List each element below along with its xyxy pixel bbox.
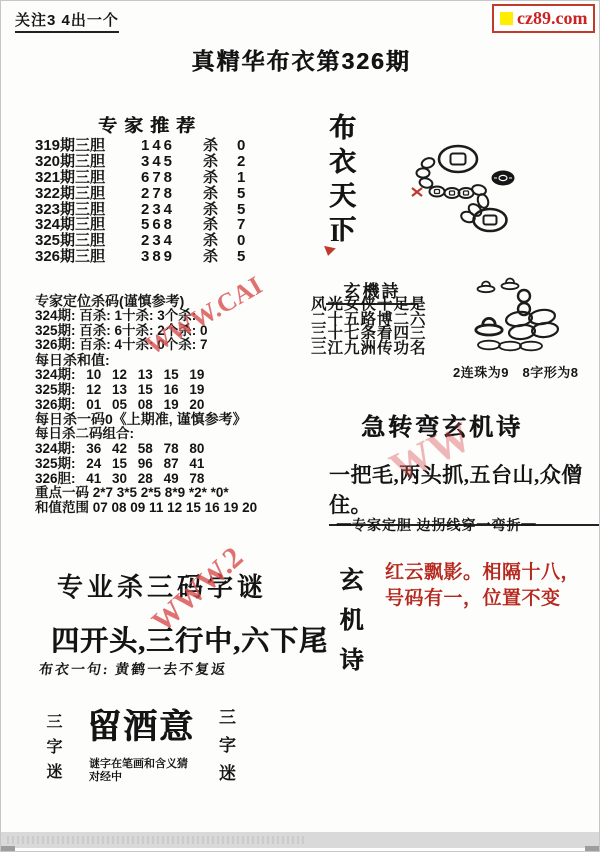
kill-label: 杀	[203, 154, 237, 170]
row-dan: 278	[141, 186, 203, 202]
note-line: 谜字在笔画和含义猜	[89, 758, 219, 771]
kill-position-section: 专家定位杀码(谨慎参考) 324期: 百杀: 1十杀: 3个杀: 325期: 百…	[35, 294, 320, 516]
scan-corner-mark	[1, 846, 15, 851]
logo-yellow-square-icon	[500, 12, 513, 25]
red-arrow-icon	[322, 246, 336, 257]
turn-poem-title: 急转弯玄机诗	[361, 407, 523, 442]
table-row: 321期三胆678杀1	[35, 170, 275, 186]
kill-line: 326期: 百杀: 4十杀: 0个杀: 7	[35, 338, 320, 353]
ingot-diagram	[469, 275, 569, 359]
row-issue: 319期三胆	[35, 138, 141, 154]
note-line: 对经中	[89, 771, 219, 784]
two-code-line: 325期: 24 15 96 87 41	[35, 457, 320, 472]
section-title: 专家定位杀码(谨慎参考)	[35, 294, 320, 309]
row-kill: 5	[237, 186, 245, 202]
kill-label: 杀	[203, 186, 237, 202]
three-char-word: 留酒意	[87, 699, 195, 748]
kill-label: 杀	[203, 249, 237, 265]
kill-label: 杀	[203, 170, 237, 186]
table-row: 324期三胆568杀7	[35, 217, 275, 233]
recommend-header: 专家推荐	[98, 112, 202, 137]
three-char-note: 谜字在笔画和含义猜 对经中	[89, 758, 219, 784]
two-code-line: 324期: 36 42 58 78 80	[35, 442, 320, 457]
row-issue: 321期三胆	[35, 170, 141, 186]
table-row: 319期三胆146杀0	[35, 138, 275, 154]
row-issue: 325期三胆	[35, 233, 141, 249]
kill-label: 杀	[203, 138, 237, 154]
coin-chain-diagram	[409, 134, 531, 240]
row-dan: 678	[141, 170, 203, 186]
row-kill: 5	[237, 249, 245, 265]
buyi-tianxia-vertical: 布衣天下	[321, 113, 360, 249]
scan-corner-mark	[585, 846, 599, 851]
row-issue: 322期三胆	[35, 186, 141, 202]
row-dan: 345	[141, 154, 203, 170]
table-row: 320期三胆345杀2	[35, 154, 275, 170]
row-kill: 1	[237, 170, 245, 186]
scan-smear	[7, 836, 307, 844]
lottery-sheet-page: 关注3 4出一个 cz89.com 真精华布衣第326期 专家推荐 319期三胆…	[0, 0, 600, 852]
row-kill: 5	[237, 202, 245, 218]
poem-line: 三江九洲传功名	[311, 342, 427, 357]
riddle-title: 专业杀三码字谜	[57, 567, 267, 604]
sum-range-line: 和值范围 07 08 09 11 12 15 16 19 20	[35, 501, 320, 516]
kill-label: 杀	[203, 217, 237, 233]
ingot-caption: 2连珠为9 8字形为8	[453, 362, 578, 381]
three-char-label-right: 三字迷	[213, 708, 238, 792]
key-code-line: 重点一码 2*7 3*5 2*5 8*9 *2* *0*	[35, 486, 320, 501]
xuanji-poem: 风光女侠十足是 二十五路博二六 三十七条看四三 三江九洲传功名	[311, 298, 427, 356]
row-kill: 2	[237, 154, 245, 170]
site-logo[interactable]: cz89.com	[492, 4, 595, 33]
table-row: 326期三胆389杀5	[35, 249, 275, 265]
two-code-title: 每日杀二码组合:	[35, 427, 320, 442]
row-issue: 320期三胆	[35, 154, 141, 170]
sum-kill-title: 每日杀和值:	[35, 353, 320, 368]
row-kill: 7	[237, 217, 245, 233]
buyi-tianxia-roman: I	[330, 220, 340, 248]
row-dan: 389	[141, 249, 203, 265]
focus-note: 关注3 4出一个	[15, 9, 119, 33]
red-hint-line-2: 号码有一，位置不变	[385, 583, 561, 610]
row-kill: 0	[237, 233, 245, 249]
kill-line: 324期: 百杀: 1十杀: 3个杀:	[35, 309, 320, 324]
row-kill: 0	[237, 138, 245, 154]
table-row: 325期三胆234杀0	[35, 233, 275, 249]
three-char-label-left: 三字迷	[41, 713, 64, 788]
page-title: 真精华布衣第326期	[1, 43, 600, 76]
table-row: 322期三胆278杀5	[35, 186, 275, 202]
logo-text: cz89.com	[517, 8, 587, 29]
one-code-line: 每日杀一码0《上期准, 谨慎参考》	[35, 412, 320, 427]
red-hint-line-1: 红云飘影。相隔十八，	[385, 557, 580, 584]
buyi-sentence: 布衣一句: 黄鹤一去不复返	[38, 659, 228, 679]
sum-kill-line: 325期: 12 13 15 16 19	[35, 383, 320, 398]
scan-artifact-band	[1, 832, 599, 848]
kill-label: 杀	[203, 233, 237, 249]
row-dan: 234	[141, 202, 203, 218]
sum-kill-line: 324期: 10 12 13 15 19	[35, 368, 320, 383]
row-dan: 568	[141, 217, 203, 233]
expert-dan-line: ━专家定胆 边拐线穿一弯折━	[337, 515, 537, 535]
row-issue: 326期三胆	[35, 249, 141, 265]
sum-kill-line: 326期: 01 05 08 19 20	[35, 398, 320, 413]
row-dan: 234	[141, 233, 203, 249]
row-issue: 324期三胆	[35, 217, 141, 233]
recommend-list: 319期三胆146杀0 320期三胆345杀2 321期三胆678杀1 322期…	[35, 138, 275, 265]
riddle-line: 四开头,三行中,六下尾	[51, 619, 328, 659]
xuanji-vertical-label: 玄机诗	[331, 567, 366, 687]
row-dan: 146	[141, 138, 203, 154]
